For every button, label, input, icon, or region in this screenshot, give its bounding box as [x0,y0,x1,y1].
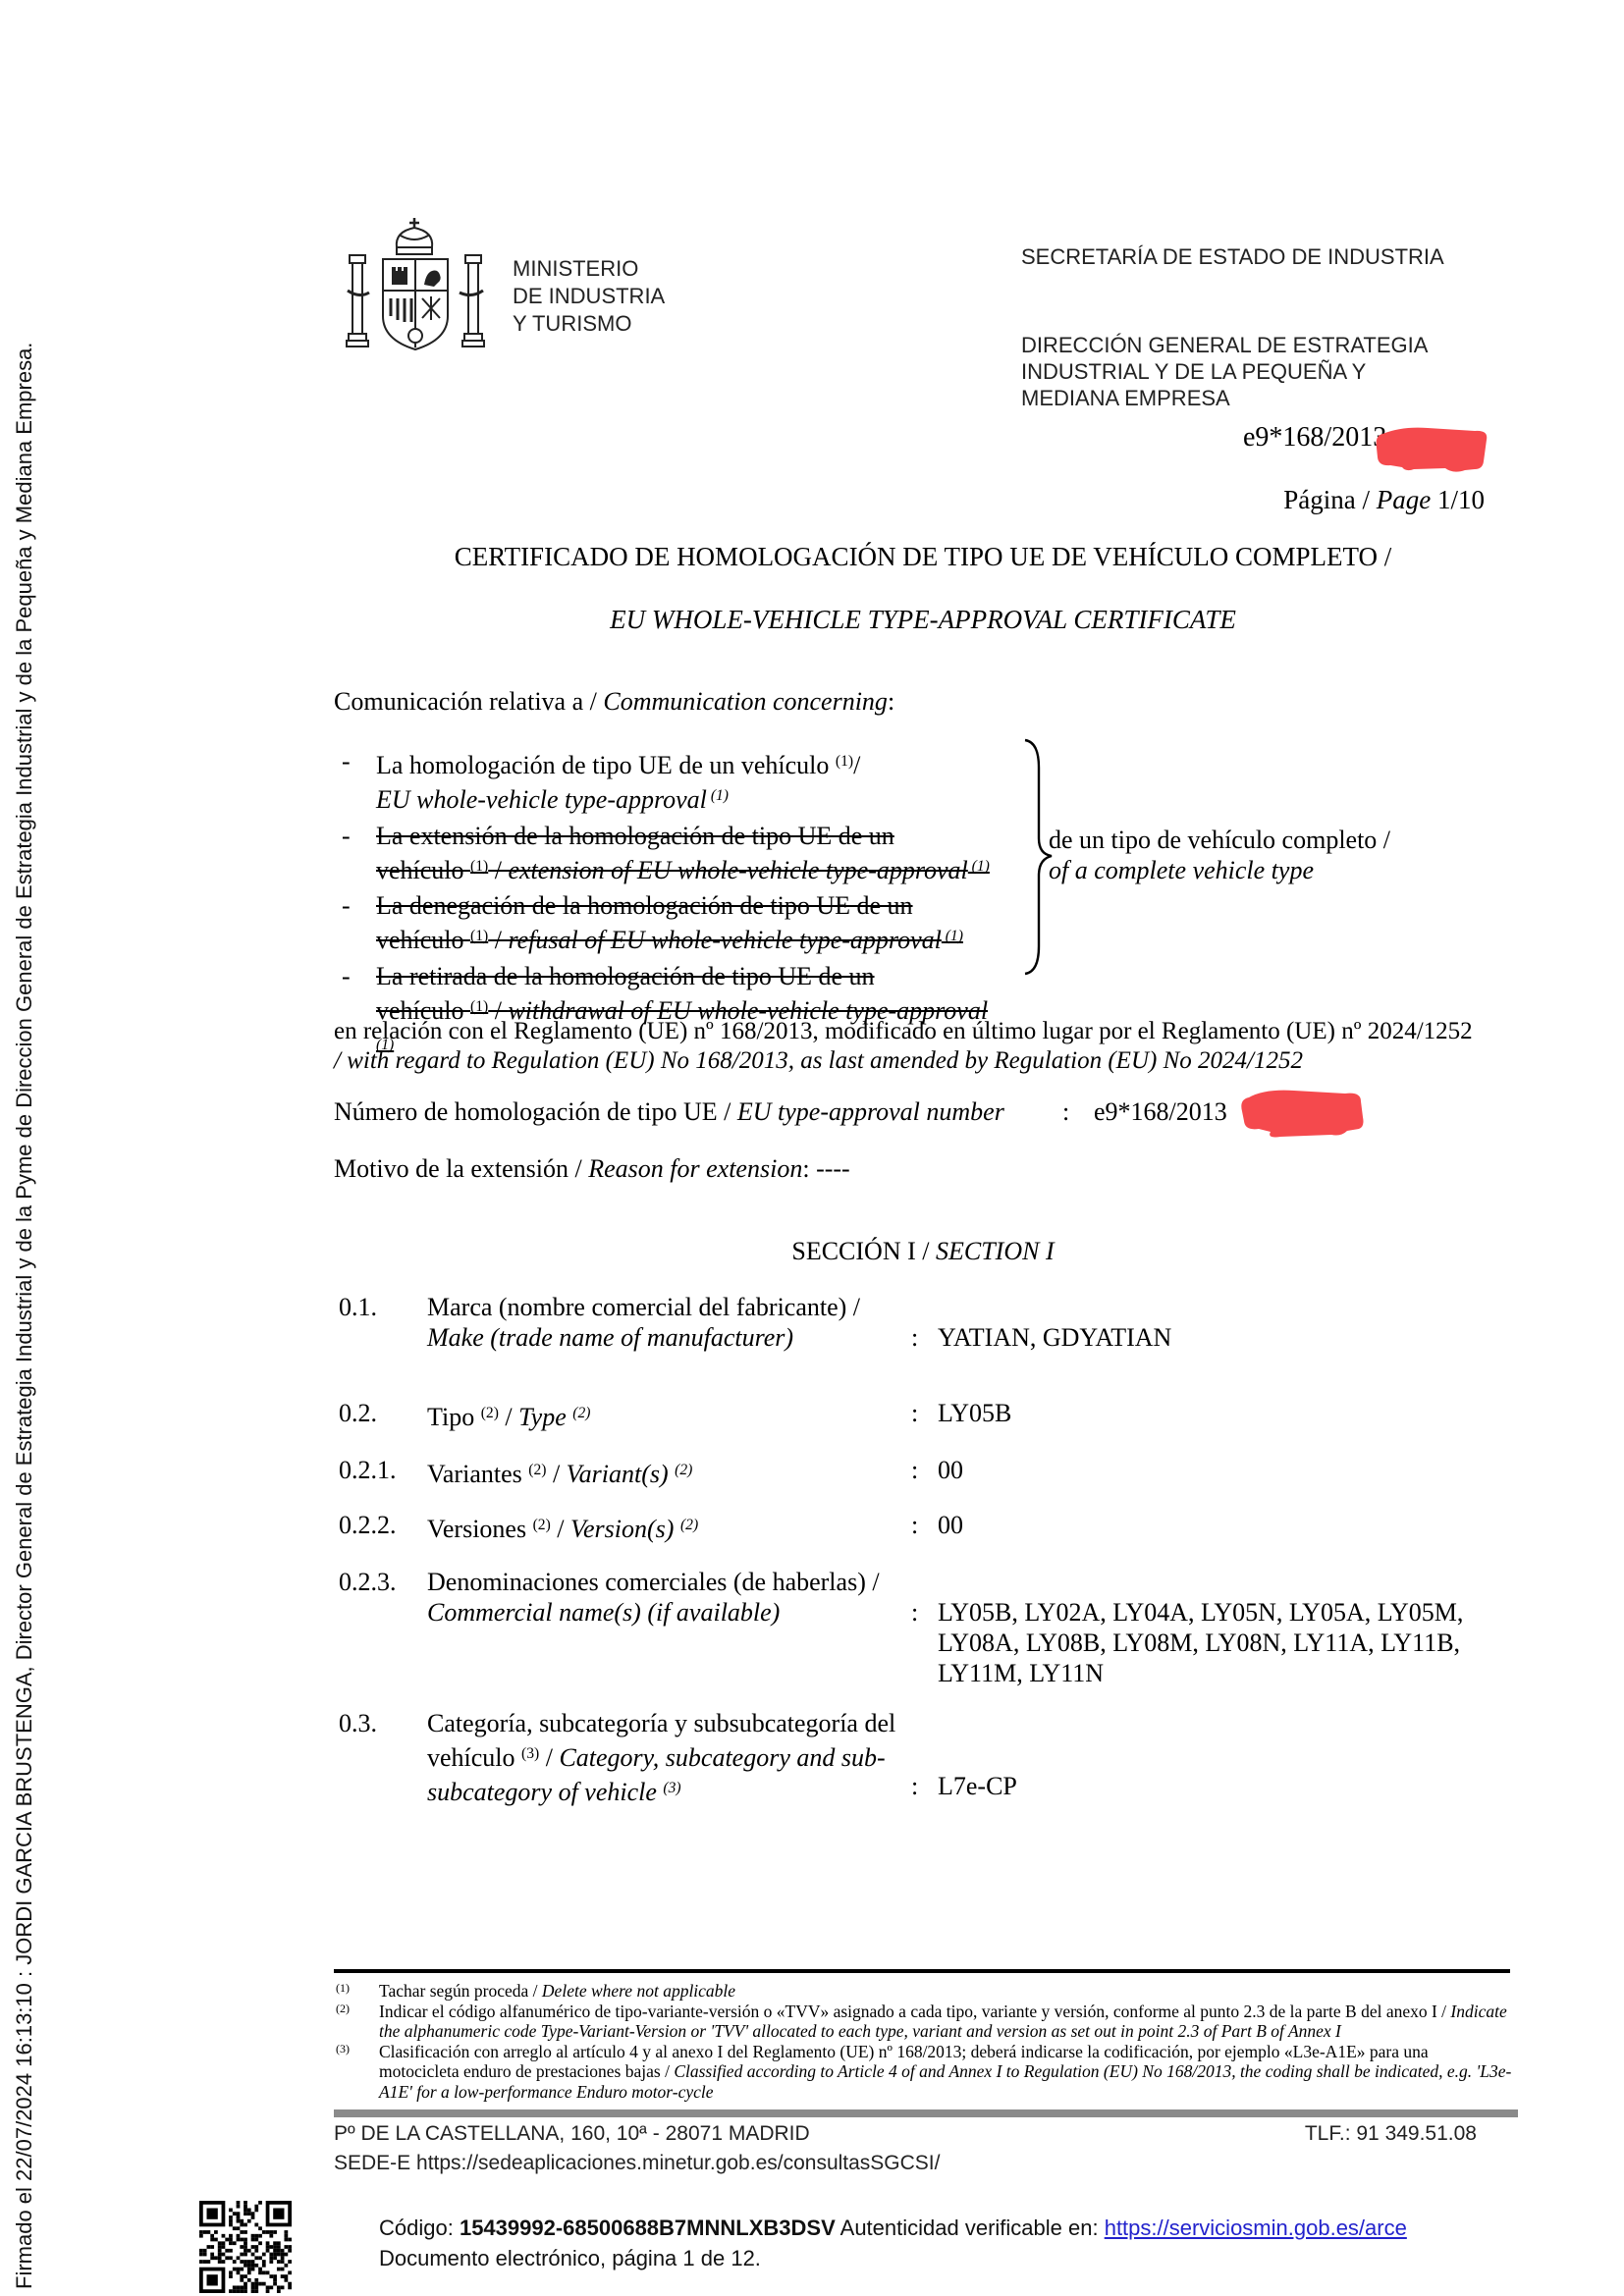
verification-code: 15439992-68500688B7MNNLXB3DSV [460,2216,836,2240]
document-title-es: CERTIFICADO DE HOMOLOGACIÓN DE TIPO UE D… [334,542,1512,572]
secretariat-name: SECRETARÍA DE ESTADO DE INDUSTRIA [1021,243,1463,270]
footer-address: Pº DE LA CASTELLANA, 160, 10ª - 28071 MA… [334,2122,810,2145]
dash-bullet: - [342,890,351,921]
footnote-ref: (3) [521,1745,539,1762]
redaction-mark [1237,1088,1367,1145]
footer-phone: TLF.: 91 349.51.08 [1305,2122,1477,2146]
reason-value: ---- [816,1154,850,1183]
footer-address-line: Pº DE LA CASTELLANA, 160, 10ª - 28071 MA… [334,2122,1512,2146]
dash-bullet: - [342,821,351,851]
footnote-ref: (2) [572,1405,590,1421]
code-label: Código: [379,2216,460,2240]
ministry-name: MINISTERIO DE INDUSTRIA Y TURISMO [513,255,665,338]
dash-bullet: - [342,746,351,776]
regulation-en: / with regard to Regulation (EU) No 168/… [334,1046,1473,1076]
spain-coat-of-arms-icon [346,214,485,371]
footnote-ref: (2) [528,1462,546,1478]
page-value: 1/10 [1431,485,1485,514]
footnote-ref: (1) [470,998,488,1015]
row-value: L7e-CP [938,1771,1512,1801]
directorate-name: DIRECCIÓN GENERAL DE ESTRATEGIA INDUSTRI… [1021,332,1445,411]
communication-concerning-line: Comunicación relativa a / Communication … [334,687,894,717]
footnote-item: (1) Tachar según proceda / Delete where … [334,1981,1512,2002]
brace-note: de un tipo de vehículo completo / of a c… [1049,825,1422,885]
footnote-ref: (1) [707,787,729,804]
row-value: 00 [938,1455,1512,1485]
list-item-extension: - La extensión de la homologación de tip… [334,821,1001,885]
row-number: 0.2. [339,1398,377,1428]
ministry-line: MINISTERIO [513,255,665,283]
footnote-ref: (2) [533,1517,551,1533]
verify-label: Autenticidad verificable en: [836,2216,1105,2240]
dash-bullet: - [342,961,351,991]
approval-number-label-es: Número de homologación de tipo UE / [334,1097,737,1126]
footnote-marker: (2) [336,1999,350,2019]
footnote-item: (2) Indicar el código alfanumérico de ti… [334,2002,1512,2042]
row-label-es: Denominaciones comerciales (de haberlas)… [427,1567,923,1597]
brace-note-es: de un tipo de vehículo completo / [1049,825,1422,855]
row-number: 0.2.1. [339,1455,397,1485]
row-number: 0.1. [339,1292,377,1322]
verification-block: Código: 15439992-68500688B7MNNLXB3DSV Au… [379,2213,1518,2273]
approval-reference-text: e9*168/2013 [1243,422,1386,453]
row-value: LY05B [938,1398,1512,1428]
concerning-en: Communication concerning [603,687,888,716]
certificate-page: Firmado el 22/07/2024 16:13:10 : JORDI G… [0,0,1624,2296]
ministry-line: DE INDUSTRIA [513,283,665,310]
footnote-item: (3) Clasificación con arreglo al artícul… [334,2042,1512,2103]
footnote-marker: (3) [336,2039,350,2059]
row-label-en: Make (trade name of manufacturer) [427,1322,923,1353]
page-label-en: Page [1377,485,1431,514]
row-number: 0.2.2. [339,1510,397,1540]
page-label-es: Página / [1283,485,1377,514]
row-value: YATIAN, GDYATIAN [938,1322,1512,1353]
list-item-refusal: - La denegación de la homologación de ti… [334,890,1001,955]
qr-code [199,2201,292,2293]
regulation-paragraph: en relación con el Reglamento (UE) nº 16… [334,1017,1473,1076]
footnote-ref: (3) [663,1780,680,1796]
approval-number-row: Número de homologación de tipo UE / EU t… [334,1097,1522,1127]
footnote-ref: (1) [470,858,488,875]
signature-vertical-text: Firmado el 22/07/2024 16:13:10 : JORDI G… [12,31,37,2289]
footer-divider-bar [334,2109,1518,2117]
footnotes: (1) Tachar según proceda / Delete where … [334,1981,1512,2102]
section1-heading: SECCIÓN I / SECTION I [334,1237,1512,1266]
footer-sede-line: SEDE-E https://sedeaplicaciones.minetur.… [334,2152,940,2175]
approval-number-label-en: EU type-approval number [737,1097,1004,1126]
footnote-ref: (2) [675,1462,692,1478]
regulation-es: en relación con el Reglamento (UE) nº 16… [334,1017,1473,1046]
page-indicator: Página / Page 1/10 [1168,485,1485,515]
row-label-en: Commercial name(s) (if available) [427,1597,923,1628]
footnote-ref: (1) [470,928,488,944]
reason-label-es: Motivo de la extensión / [334,1154,588,1183]
footnote-marker: (1) [336,1978,350,1999]
document-title-en: EU WHOLE-VEHICLE TYPE-APPROVAL CERTIFICA… [334,605,1512,635]
extension-reason-row: Motivo de la extensión / Reason for exte… [334,1154,850,1184]
footnote-ref: (1) [942,928,963,944]
footnote-ref: (1) [836,753,853,770]
row-value: LY05B, LY02A, LY04A, LY05N, LY05A, LY05M… [938,1597,1512,1688]
row-label-es: Marca (nombre comercial del fabricante) … [427,1292,923,1322]
list-item-approval: - La homologación de tipo UE de un vehíc… [334,746,1001,815]
ministry-line: Y TURISMO [513,310,665,338]
verification-line1: Código: 15439992-68500688B7MNNLXB3DSV Au… [379,2213,1518,2243]
row-number: 0.3. [339,1708,377,1738]
footnote-ref: (2) [680,1517,698,1533]
approval-reference: e9*168/2013 [1243,422,1386,454]
approval-number-value: e9*168/2013 [1094,1097,1227,1127]
reason-label-en: Reason for extension [588,1154,802,1183]
footnote-divider [334,1969,1510,1973]
document-note: Documento electrónico, página 1 de 12. [379,2243,1518,2273]
redaction-mark [1373,426,1490,477]
footnote-ref: (1) [968,858,990,875]
verification-link[interactable]: https://serviciosmin.gob.es/arce [1105,2216,1407,2240]
row-number: 0.2.3. [339,1567,397,1597]
brace-note-en: of a complete vehicle type [1049,855,1422,885]
row-value: 00 [938,1510,1512,1540]
footnote-ref: (2) [481,1405,499,1421]
concerning-es: Comunicación relativa a / [334,687,603,716]
